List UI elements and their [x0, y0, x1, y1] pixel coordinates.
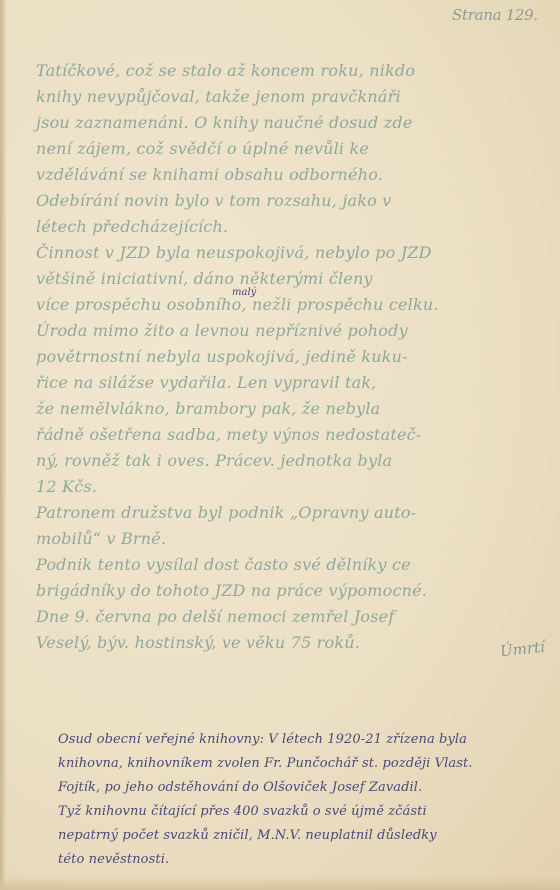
text-line: Úroda mimo žito a levnou nepříznivé poho…	[36, 318, 526, 344]
text-line: knihy nevypůjčoval, takže jenom pravčkná…	[36, 84, 526, 110]
text-line: Veselý, býv. hostinský, ve věku 75 roků.	[36, 630, 526, 656]
main-handwritten-text: Tatíčkové, což se stalo až koncem roku, …	[36, 58, 526, 656]
text-line: Dne 9. června po delší nemoci zemřel Jos…	[36, 604, 526, 630]
text-line: 12 Kčs.	[36, 474, 526, 500]
text-line: Podnik tento vysílal dost často své děln…	[36, 552, 526, 578]
footnote-line: Fojtík, po jeho odstěhování do Olšoviček…	[58, 776, 538, 800]
text-line: Tatíčkové, což se stalo až koncem roku, …	[36, 58, 526, 84]
text-line: mobilů“ v Brně.	[36, 526, 526, 552]
text-line: Odebírání novin bylo v tom rozsahu, jako…	[36, 188, 526, 214]
text-line: Činnost v JZD byla neuspokojivá, nebylo …	[36, 240, 526, 266]
footnote-line: Tyž knihovnu čítající přes 400 svazků o …	[58, 800, 538, 824]
text-line: že nemělvlákno, brambory pak, že nebyla	[36, 396, 526, 422]
text-line: řádně ošetřena sadba, mety výnos nedosta…	[36, 422, 526, 448]
text-line: jsou zaznamenáni. O knihy naučné dosud z…	[36, 110, 526, 136]
text-line: vzdělávání se knihami obsahu odborného.	[36, 162, 526, 188]
text-line: většině iniciativní, dáno některými člen…	[36, 266, 526, 292]
text-line: není zájem, což svědčí o úplné nevůli ke	[36, 136, 526, 162]
chronicle-page: Strana 129. Tatíčkové, což se stalo až k…	[0, 0, 560, 890]
page-edge-shadow	[0, 0, 6, 890]
footnote-line: této nevěstnosti.	[58, 848, 538, 872]
text-line: brigádníky do tohoto JZD na práce výpomo…	[36, 578, 526, 604]
footnote-line: nepatrný počet svazků zničil, M.N.V. neu…	[58, 824, 538, 848]
text-line: Patronem družstva byl podnik „Opravny au…	[36, 500, 526, 526]
text-line: létech předcházejících.	[36, 214, 526, 240]
page-number: Strana 129.	[452, 6, 538, 24]
text-line: řice na silážse vydařila. Len vypravil t…	[36, 370, 526, 396]
text-line: ný, rovněž tak i oves. Prácev. jednotka …	[36, 448, 526, 474]
page-bottom-shadow	[0, 876, 560, 890]
insertion-note: malý	[232, 287, 256, 298]
footnote-handwritten-text: Osud obecní veřejné knihovny: V létech 1…	[58, 728, 538, 872]
margin-note: Úmrtí	[499, 638, 546, 661]
text-line: povětrnostní nebyla uspokojivá, jedině k…	[36, 344, 526, 370]
footnote-line: Osud obecní veřejné knihovny: V létech 1…	[58, 728, 538, 752]
footnote-line: knihovna, knihovníkem zvolen Fr. Punčoch…	[58, 752, 538, 776]
text-line: více prospěchu osobního, nežli prospěchu…	[36, 292, 526, 318]
